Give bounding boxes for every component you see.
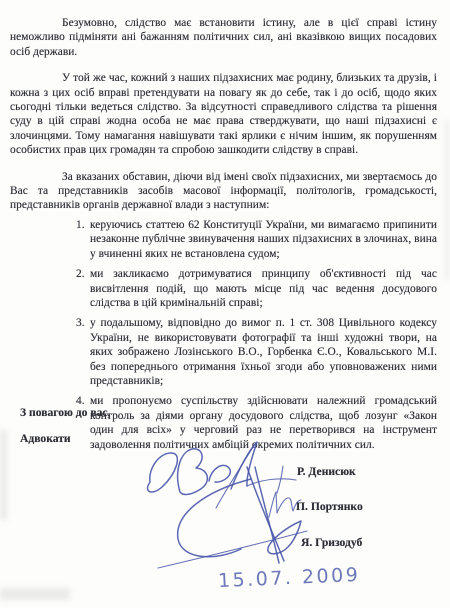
list-item-number: 1.	[76, 218, 90, 261]
letter-body: Безумовно, слідство має встановити істин…	[10, 16, 437, 458]
list-item-number: 4.	[76, 394, 90, 452]
list-item-number: 3.	[76, 316, 90, 388]
paragraph-intro: Безумовно, слідство має встановити істин…	[10, 16, 437, 59]
closing-role: Адвокати	[20, 432, 71, 445]
list-item-text: ми пропонуємо суспільству здійснювати на…	[90, 394, 437, 452]
scan-artifact	[0, 588, 70, 600]
list-item: 3. у подальшому, відповідно до вимог п. …	[76, 316, 437, 388]
closing-respect: З повагою до вас,	[20, 406, 110, 419]
list-item-text: керуючись статтею 62 Конституції України…	[90, 218, 437, 261]
paragraph-appeal: За вказаних обставин, діючи від імені св…	[10, 170, 437, 213]
scan-artifact	[0, 430, 7, 520]
signatory-name: П. Портянко	[296, 500, 363, 513]
handwritten-date: 15.07. 2009	[218, 564, 361, 592]
signature-hryzodub	[158, 467, 307, 568]
scanned-letter-page: Безумовно, слідство має встановити істин…	[0, 0, 450, 608]
list-item: 2. ми закликаємо дотримуватися принципу …	[76, 267, 437, 310]
list-item-text: ми закликаємо дотримуватися принципу об'…	[90, 267, 437, 310]
list-item: 4. ми пропонуємо суспільству здійснювати…	[76, 394, 437, 452]
demands-list: 1. керуючись статтею 62 Конституції Укра…	[76, 218, 437, 452]
list-item: 1. керуючись статтею 62 Конституції Укра…	[76, 218, 437, 261]
scan-artifact	[444, 120, 450, 280]
signatory-name: Я. Гризодуб	[301, 536, 362, 549]
list-item-text: у подальшому, відповідно до вимог п. 1 с…	[90, 316, 437, 388]
signatory-name: Р. Денисюк	[297, 465, 356, 478]
paragraph-rights: У той же час, кожний з наших підзахисних…	[10, 71, 437, 157]
list-item-number: 2.	[76, 267, 90, 310]
